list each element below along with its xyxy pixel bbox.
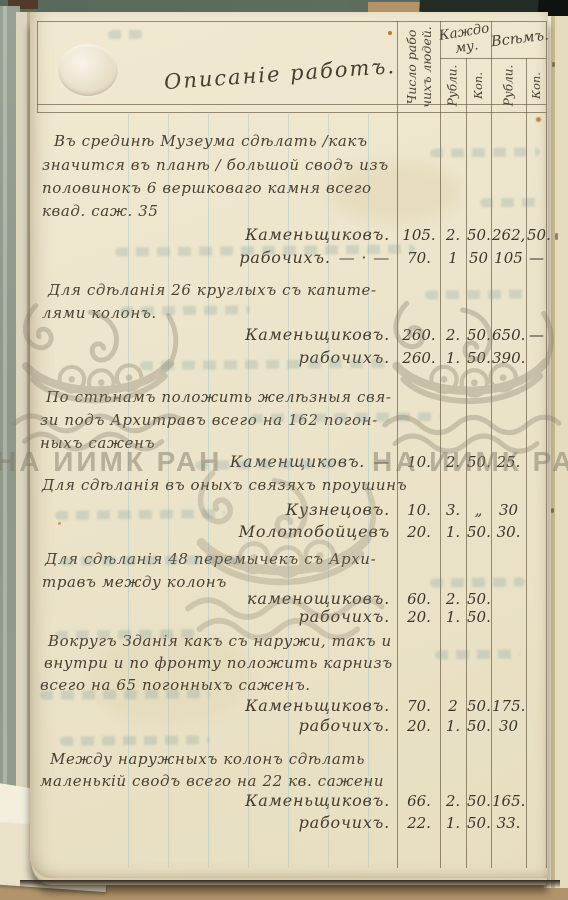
bleedthrough-stroke [60,735,210,746]
crew-label-text: рабочихъ. [299,813,390,832]
ink-speck [552,62,555,67]
embossed-stamp [58,44,118,96]
amount-workers: 20. [398,608,440,626]
crew-label: Каменьщиковъ. [150,325,390,344]
rule-line [546,21,547,868]
bleedthrough-stroke [435,650,520,660]
rule-line [397,21,398,868]
column-subheader-kopecks-each: Коп. [466,58,491,112]
bleedthrough-stroke [40,689,210,700]
amount-total-kop: — [527,326,546,344]
amount-each-kop: 50. [467,326,490,344]
amount-total-rub: 33. [492,814,525,832]
amount-total-rub: 30 [492,501,525,519]
crew-label: Каменьщиковъ. [150,791,390,810]
amount-total-rub: 650. [492,326,525,344]
rule-line [37,112,546,113]
rule-line [37,21,546,22]
work-description-line: Для сдѣланія въ оныхъ связяхъ проушинъ [42,476,407,494]
rule-line [37,21,38,112]
crew-label-text: Каменьщиковъ. [245,696,390,715]
work-description-line: По стѣнамъ положить желѣзныя свя- [46,388,392,406]
amount-total-rub: 105 [492,249,525,267]
bleedthrough-stroke [425,289,530,299]
amount-each-kop: 50. [467,814,490,832]
column-subheader-rubles-total: Рубли. [491,58,526,112]
amount-each-rub: 1. [441,349,465,367]
column-header-workers: Число рабо чихъ людей. [397,21,440,112]
amount-each-rub: 1. [441,523,465,541]
foxing-spot [58,522,61,525]
ditto-dash: — [373,452,390,471]
crew-label: Молотобойцевъ [150,522,390,541]
column-subheader-rubles-each: Рубли. [440,58,466,112]
bleedthrough-stroke [480,198,540,208]
amount-each-kop: 50. [467,608,490,626]
amount-total-kop: — [527,249,546,267]
amount-workers: 60. [398,590,440,608]
amount-each-rub: 1. [441,717,465,735]
amount-each-kop: 50. [467,453,490,471]
work-description-line: Для сдѣланія 26 круглыхъ съ капите- [48,281,377,299]
amount-workers: 20. [398,523,440,541]
work-description-line: ныхъ саженъ [40,434,155,452]
amount-each-rub: 2. [441,792,465,810]
crew-label: рабочихъ. [150,716,390,735]
amount-each-kop: 50. [467,590,490,608]
bleedthrough-stroke [55,629,195,639]
column-subheader-kopecks-total: Коп. [526,58,547,112]
amount-total-rub: 175. [492,697,525,715]
work-description-line: половинокъ 6 вершковаго камня всего [42,179,372,197]
work-description-line: маленькій сводъ всего на 22 кв. сажени [40,772,384,790]
work-description-line: внутри и по фронту положить карнизъ [44,654,393,672]
page-bottom-shadow [20,880,560,888]
bleedthrough-stroke [195,459,345,470]
column-header-each: Каждо му. [438,21,493,59]
amount-each-kop: 50. [467,523,490,541]
amount-each-rub: 3. [441,501,465,519]
amount-each-kop: 50 [467,249,490,267]
crew-label-text: Каменьщиковъ. [245,791,390,810]
bleedthrough-stroke [430,578,525,588]
crew-label-text: Каменьщиковъ. [245,225,390,244]
crew-label-text: рабочихъ. [299,716,390,735]
amount-workers: 22. [398,814,440,832]
amount-each-kop: 50. [467,349,490,367]
table-title: Описаніе работъ. [140,52,421,95]
amount-total-rub: 25. [492,453,525,471]
work-description-line: Между наружныхъ колонъ сдѣлать [50,750,365,768]
crew-label-text: рабочихъ. [299,607,390,626]
crew-label: каменощиковъ. [150,589,390,608]
amount-each-kop: 50. [467,226,490,244]
amount-workers: 70. [398,697,440,715]
amount-each-kop: „ [467,501,490,519]
amount-each-rub: 1. [441,814,465,832]
crew-label-text: Кузнецовъ. [286,500,390,519]
ink-speck [551,508,554,513]
amount-workers: 260. [398,326,440,344]
column-header-workers-line2: чихъ людей. [419,26,434,108]
amount-each-rub: 2. [441,453,465,471]
bleedthrough-stroke [120,305,250,315]
amount-total-kop: 50. [527,226,546,244]
crew-label: Каменьщиковъ. [150,225,390,244]
amount-each-kop: 50. [467,697,490,715]
amount-total-rub: 165. [492,792,525,810]
amount-total-rub: 30. [492,523,525,541]
amount-workers: 260. [398,349,440,367]
amount-total-rub: 30 [492,717,525,735]
crew-label-text: Каменьщиковъ. [245,325,390,344]
bleedthrough-stroke [108,30,143,39]
foxing-spot [388,31,392,35]
amount-each-rub: 2. [441,226,465,244]
ink-speck [555,233,558,240]
crew-label: Каменьщиковъ. [150,696,390,715]
rule-line [526,58,527,868]
amount-each-rub: 1. [441,608,465,626]
amount-workers: 20. [398,717,440,735]
amount-each-rub: 2. [441,326,465,344]
crew-label: рабочихъ. [150,607,390,626]
amount-total-rub: 390. [492,349,525,367]
manuscript-page: Описаніе работъ. Число рабо чихъ людей. … [30,12,548,878]
crew-label: рабочихъ. [150,813,390,832]
amount-each-kop: 50. [467,792,490,810]
foxing-spot [536,117,541,122]
amount-each-rub: 2. [441,590,465,608]
work-description-line: Въ срединѣ Музеума сдѣлать /какъ [54,132,368,150]
crew-label-text: каменощиковъ. [247,589,390,608]
column-header-workers-line1: Число рабо [404,26,419,108]
crew-label-text: Молотобойцевъ [239,522,390,541]
column-header-total: Всѣмъ. [490,29,547,51]
amount-each-rub: 1 [441,249,465,267]
archival-photo: Описаніе работъ. Число рабо чихъ людей. … [0,0,568,900]
amount-each-kop: 50. [467,717,490,735]
work-description-line: значится въ планѣ / большой сводъ изъ [42,156,389,174]
amount-workers: 105. [398,226,440,244]
bleedthrough-stroke [430,147,540,157]
work-description-line: квад. саж. 35 [42,202,159,220]
amount-each-rub: 2 [441,697,465,715]
amount-total-rub: 262, [492,226,525,244]
amount-workers: 10. [398,501,440,519]
bleedthrough-stroke [55,509,225,520]
amount-workers: 10. [398,453,440,471]
amount-workers: 66. [398,792,440,810]
